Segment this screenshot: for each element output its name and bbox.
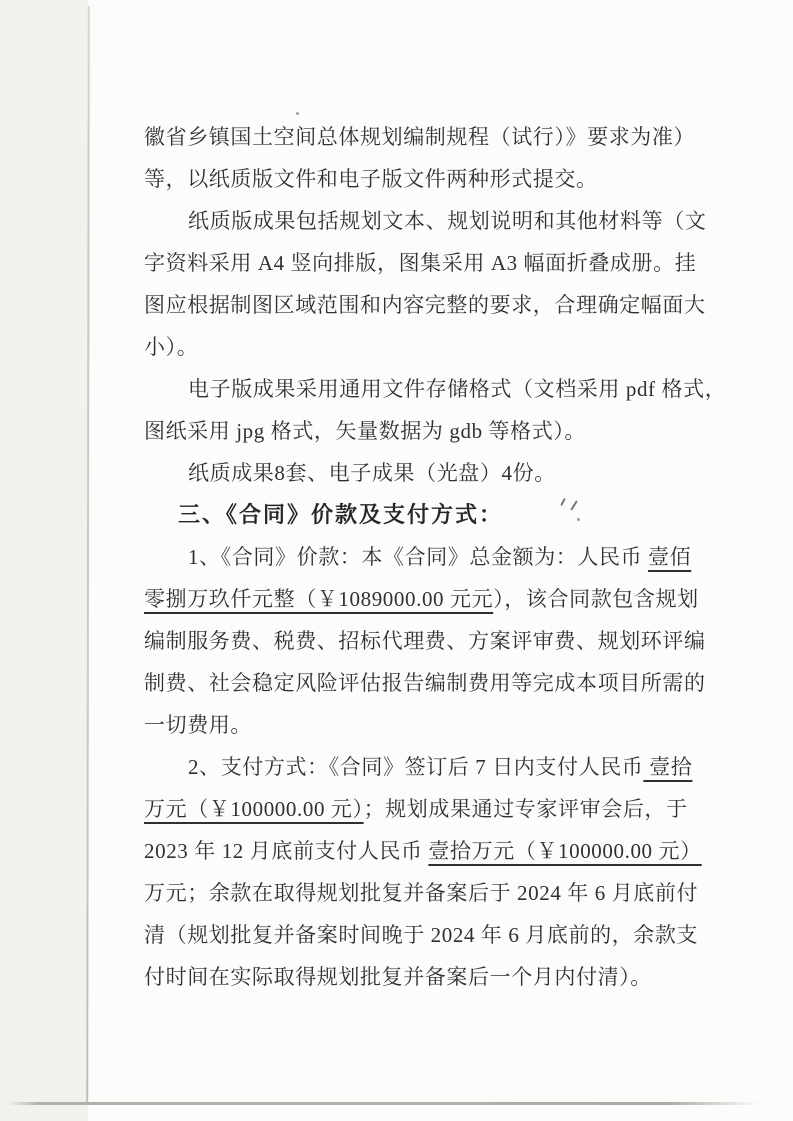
text-line-19: 万元；余款在取得规划批复并备案后于 2024 年 6 月底前付	[144, 872, 710, 914]
text-line-3: 纸质版成果包括规划文本、规划说明和其他材料等（文	[144, 200, 710, 242]
text-segment: 清（规划批复并备案时间晚于 2024 年 6 月底前的，余款支	[144, 923, 698, 947]
document-text-block: 徽省乡镇国土空间总体规划编制规程（试行）》要求为准） 等，以纸质版文件和电子版文…	[144, 116, 710, 998]
scanned-contract-page: { "scan": { "paper_color": "#fcfcfa", "s…	[0, 0, 793, 1121]
text-segment: 编制服务费、税费、招标代理费、方案评审费、规划环评编	[144, 629, 706, 653]
section-heading: 三、《合同》价款及支付方式：	[144, 494, 710, 536]
paper-edge-line-bottom	[8, 1102, 760, 1105]
text-segment: 1、《合同》价款：本《合同》总金额为：人民币	[188, 545, 648, 569]
underlined-amount-words: 零捌万玖仟元整（￥1089000.00 元元	[144, 587, 493, 611]
text-segment: 万元；余款在取得规划批复并备案后于 2024 年 6 月底前付	[144, 881, 698, 905]
text-segment: 电子版成果采用通用文件存储格式（文档采用 pdf 格式，	[188, 377, 726, 401]
underlined-amount-words: 壹拾	[643, 755, 692, 779]
text-line-12: 零捌万玖仟元整（￥1089000.00 元元），该合同款包含规划	[144, 578, 710, 620]
text-line-9: 纸质成果8套、电子成果（光盘）4份。	[144, 452, 710, 494]
text-line-1: 徽省乡镇国土空间总体规划编制规程（试行）》要求为准）	[144, 116, 710, 158]
text-segment: 等，以纸质版文件和电子版文件两种形式提交。	[144, 167, 598, 191]
text-line-21: 付时间在实际取得规划批复并备案后一个月内付清）。	[144, 956, 710, 998]
text-segment: 徽省乡镇国土空间总体规划编制规程（试行）》要求为准）	[144, 125, 695, 149]
text-segment: 字资料采用 A4 竖向排版，图集采用 A3 幅面折叠成册。挂	[144, 251, 696, 275]
text-line-17: 万元（￥100000.00 元）；规划成果通过专家评审会后，于	[144, 788, 710, 830]
text-segment: 2023 年 12 月底前支付人民币	[144, 839, 428, 863]
text-line-14: 制费、社会稳定风险评估报告编制费用等完成本项目所需的	[144, 662, 710, 704]
text-segment: 图纸采用 jpg 格式，矢量数据为 gdb 等格式）。	[144, 419, 586, 443]
text-segment: 付时间在实际取得规划批复并备案后一个月内付清）。	[144, 965, 652, 989]
text-line-16: 2、支付方式：《合同》签订后 7 日内支付人民币 壹拾	[144, 746, 710, 788]
text-segment: 纸质成果8套、电子成果（光盘）4份。	[188, 461, 556, 485]
text-line-5: 图应根据制图区域范围和内容完整的要求，合理确定幅面大	[144, 284, 710, 326]
text-line-8: 图纸采用 jpg 格式，矢量数据为 gdb 等格式）。	[144, 410, 710, 452]
section-heading-text: 三、《合同》价款及支付方式：	[178, 502, 503, 527]
underlined-amount-words: 万元（￥100000.00 元）	[144, 797, 364, 821]
underlined-amount-words: 壹拾万元（￥100000.00 元）	[428, 839, 701, 863]
text-segment: 2、支付方式：《合同》签订后 7 日内支付人民币	[188, 755, 643, 779]
text-segment: 图应根据制图区域范围和内容完整的要求，合理确定幅面大	[144, 293, 706, 317]
text-line-18: 2023 年 12 月底前支付人民币 壹拾万元（￥100000.00 元）	[144, 830, 710, 872]
text-line-13: 编制服务费、税费、招标代理费、方案评审费、规划环评编	[144, 620, 710, 662]
paper-edge-line-vertical	[86, 6, 90, 1103]
scanner-bed-margin	[0, 0, 88, 1121]
text-segment: ），该合同款包含规划	[493, 587, 699, 611]
text-segment: 纸质版成果包括规划文本、规划说明和其他材料等（文	[188, 209, 706, 233]
text-segment: 小）。	[144, 335, 198, 359]
text-line-6: 小）。	[144, 326, 710, 368]
text-segment: ；规划成果通过专家评审会后，于	[364, 797, 688, 821]
text-line-11: 1、《合同》价款：本《合同》总金额为：人民币 壹佰	[144, 536, 710, 578]
text-segment: 一切费用。	[144, 713, 252, 737]
underlined-amount-words: 壹佰	[648, 545, 691, 569]
text-line-7: 电子版成果采用通用文件存储格式（文档采用 pdf 格式，	[144, 368, 710, 410]
text-segment: 制费、社会稳定风险评估报告编制费用等完成本项目所需的	[144, 671, 706, 695]
text-line-2: 等，以纸质版文件和电子版文件两种形式提交。	[144, 158, 710, 200]
text-line-4: 字资料采用 A4 竖向排版，图集采用 A3 幅面折叠成册。挂	[144, 242, 710, 284]
text-line-20: 清（规划批复并备案时间晚于 2024 年 6 月底前的，余款支	[144, 914, 710, 956]
text-line-15: 一切费用。	[144, 704, 710, 746]
ink-speck	[296, 112, 299, 115]
